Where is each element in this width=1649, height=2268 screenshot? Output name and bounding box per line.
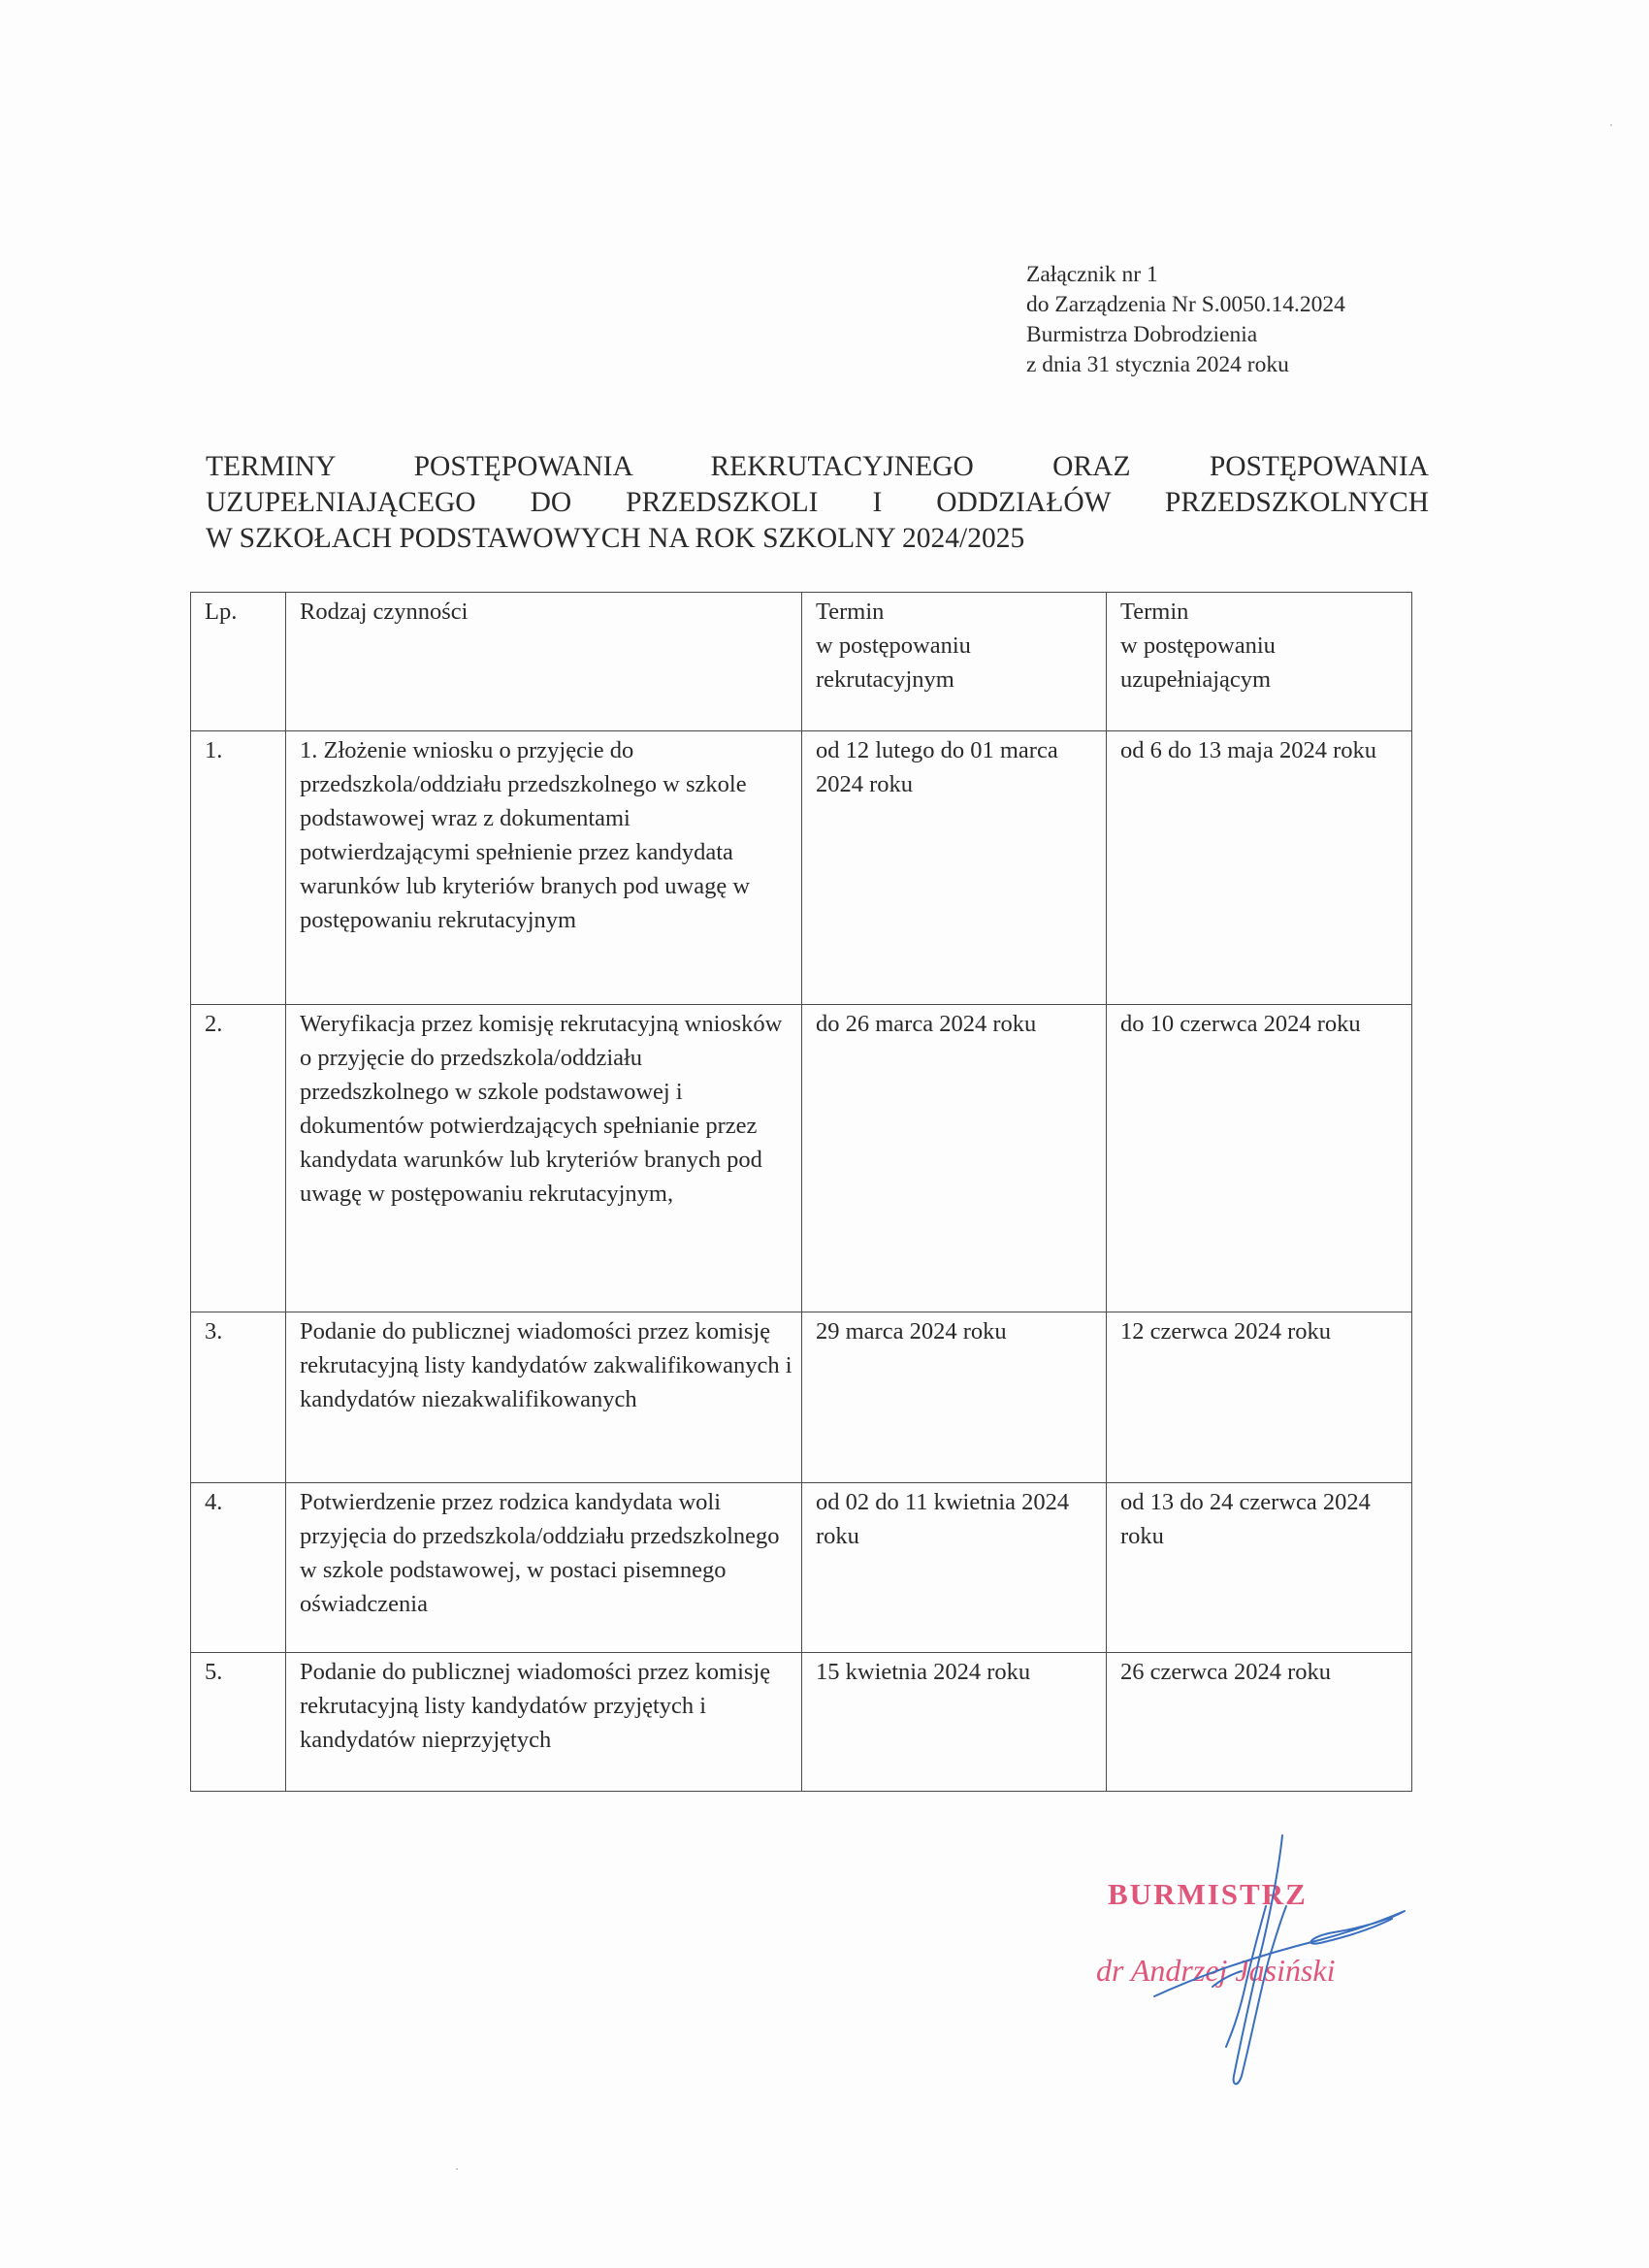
row-activity: Podanie do publicznej wiadomości przez k…: [286, 1653, 802, 1792]
stamp-name: dr Andrzej Jasiński: [1096, 1953, 1336, 1989]
row-recruitment-term: do 26 marca 2024 roku: [802, 1005, 1107, 1312]
row-activity: Podanie do publicznej wiadomości przez k…: [286, 1312, 802, 1483]
row-activity: Weryfikacja przez komisję rekrutacyjną w…: [286, 1005, 802, 1312]
row-recruitment-term: 15 kwietnia 2024 roku: [802, 1653, 1107, 1792]
row-recruitment-term: 29 marca 2024 roku: [802, 1312, 1107, 1483]
table-row: 2. Weryfikacja przez komisję rekrutacyjn…: [191, 1005, 1412, 1312]
header-recruitment-term: Termin w postępowaniu rekrutacyjnym: [802, 593, 1107, 731]
row-recruitment-term: od 02 do 11 kwietnia 2024 roku: [802, 1483, 1107, 1653]
row-number: 2.: [191, 1005, 286, 1312]
header-lp: Lp.: [191, 593, 286, 731]
row-activity: 1. Złożenie wniosku o przyjęcie do przed…: [286, 731, 802, 1005]
attachment-line: Załącznik nr 1: [1026, 260, 1345, 290]
header-activity: Rodzaj czynności: [286, 593, 802, 731]
row-activity: Potwierdzenie przez rodzica kandydata wo…: [286, 1483, 802, 1653]
attachment-line: Burmistrza Dobrodzienia: [1026, 320, 1345, 350]
attachment-line: do Zarządzenia Nr S.0050.14.2024: [1026, 290, 1345, 320]
row-number: 1.: [191, 731, 286, 1005]
document-title: TERMINY POSTĘPOWANIA REKRUTACYJNEGO ORAZ…: [206, 449, 1429, 557]
row-number: 3.: [191, 1312, 286, 1483]
title-line: TERMINY POSTĘPOWANIA REKRUTACYJNEGO ORAZ…: [206, 449, 1429, 485]
header-supplementary-term: Termin w postępowaniu uzupełniającym: [1107, 593, 1412, 731]
table-row: 1. 1. Złożenie wniosku o przyjęcie do pr…: [191, 731, 1412, 1005]
schedule-table: Lp. Rodzaj czynności Termin w postępowan…: [190, 592, 1412, 1792]
stamp-title: BURMISTRZ: [1108, 1877, 1308, 1912]
attachment-line: z dnia 31 stycznia 2024 roku: [1026, 350, 1345, 380]
attachment-header: Załącznik nr 1 do Zarządzenia Nr S.0050.…: [1026, 260, 1345, 380]
row-supplementary-term: 12 czerwca 2024 roku: [1107, 1312, 1412, 1483]
row-recruitment-term: od 12 lutego do 01 marca 2024 roku: [802, 731, 1107, 1005]
scan-speck: [1610, 124, 1612, 126]
scan-speck: [456, 2168, 458, 2170]
table-row: 3. Podanie do publicznej wiadomości prze…: [191, 1312, 1412, 1483]
row-supplementary-term: 26 czerwca 2024 roku: [1107, 1653, 1412, 1792]
row-number: 4.: [191, 1483, 286, 1653]
row-number: 5.: [191, 1653, 286, 1792]
title-line: W SZKOŁACH PODSTAWOWYCH NA ROK SZKOLNY 2…: [206, 521, 1429, 557]
table-header-row: Lp. Rodzaj czynności Termin w postępowan…: [191, 593, 1412, 731]
row-supplementary-term: do 10 czerwca 2024 roku: [1107, 1005, 1412, 1312]
row-supplementary-term: od 13 do 24 czerwca 2024 roku: [1107, 1483, 1412, 1653]
table-row: 5. Podanie do publicznej wiadomości prze…: [191, 1653, 1412, 1792]
row-supplementary-term: od 6 do 13 maja 2024 roku: [1107, 731, 1412, 1005]
title-line: UZUPEŁNIAJĄCEGO DO PRZEDSZKOLI I ODDZIAŁ…: [206, 485, 1429, 521]
official-stamp: BURMISTRZ dr Andrzej Jasiński: [1096, 1877, 1387, 2023]
table-row: 4. Potwierdzenie przez rodzica kandydata…: [191, 1483, 1412, 1653]
